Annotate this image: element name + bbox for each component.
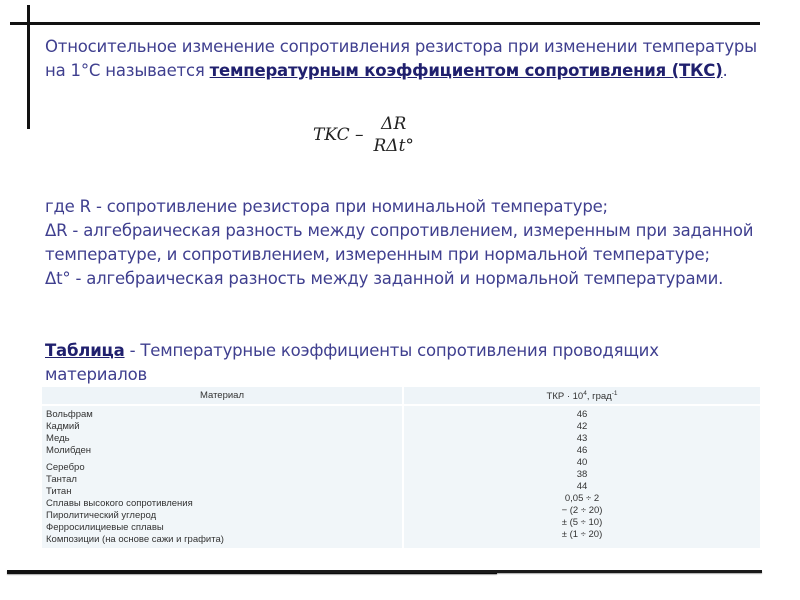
bottom-rule-line-right bbox=[300, 570, 762, 573]
definitions-paragraph: где R - сопротивление резистора при номи… bbox=[45, 195, 785, 291]
formula-denominator: RΔt° bbox=[370, 135, 418, 157]
table-cell-tkr: 40 bbox=[408, 457, 756, 469]
table-cell-material: Вольфрам bbox=[46, 409, 398, 421]
table-caption-text: - Температурные коэффициенты сопротивлен… bbox=[45, 341, 659, 384]
table-cell-material: Ферросилициевые сплавы bbox=[46, 522, 398, 534]
table-cell-material: Молибден bbox=[46, 445, 398, 457]
intro-period: . bbox=[723, 61, 728, 80]
table-cell-tkr: 38 bbox=[408, 469, 756, 481]
table-cell-material: Кадмий bbox=[46, 421, 398, 433]
formula-lhs: TKC – bbox=[313, 125, 364, 145]
table-cell-tkr: 46 bbox=[408, 409, 756, 421]
table-caption-label[interactable]: Таблица bbox=[45, 341, 125, 360]
table-cell-tkr: 46 bbox=[408, 445, 756, 457]
table-cell-tkr: ± (5 ÷ 10) bbox=[408, 517, 756, 529]
table-cell-tkr: ± (1 ÷ 20) bbox=[408, 529, 756, 541]
tkr-table: Материал ТКР · 104, град-1 Вольфрам Кадм… bbox=[40, 385, 762, 550]
table-cell-material: Композиции (на основе сажи и графита) bbox=[46, 534, 398, 546]
tks-term-link[interactable]: температурным коэффициентом сопротивлени… bbox=[210, 61, 723, 80]
table-body-row: Вольфрам Кадмий Медь Молибден Серебро Та… bbox=[42, 406, 760, 548]
header-material: Материал bbox=[42, 387, 402, 404]
table-cell-material: Серебро bbox=[46, 462, 398, 474]
formula-numerator: ΔR bbox=[377, 113, 410, 135]
material-column: Вольфрам Кадмий Медь Молибден Серебро Та… bbox=[42, 406, 402, 548]
table-cell-tkr: 43 bbox=[408, 433, 756, 445]
table-header-row: Материал ТКР · 104, град-1 bbox=[42, 387, 760, 404]
table-caption: Таблица - Температурные коэффициенты соп… bbox=[45, 339, 765, 387]
table-cell-material: Тантал bbox=[46, 474, 398, 486]
definition-r: где R - сопротивление резистора при номи… bbox=[45, 195, 785, 219]
tkr-column: 46 42 43 46 40 38 44 0,05 ÷ 2 − (2 ÷ 20)… bbox=[404, 406, 760, 548]
formula-fraction: ΔR RΔt° bbox=[370, 113, 418, 157]
table-cell-tkr: 44 bbox=[408, 481, 756, 493]
left-rule-line bbox=[27, 5, 30, 129]
top-rule-line bbox=[10, 22, 760, 25]
table-cell-material: Пиролитический углерод bbox=[46, 510, 398, 522]
table-cell-tkr: 0,05 ÷ 2 bbox=[408, 493, 756, 505]
table-cell-material: Сплавы высокого сопротивления bbox=[46, 498, 398, 510]
tks-formula: TKC – ΔR RΔt° bbox=[313, 113, 418, 157]
table-cell-material: Медь bbox=[46, 433, 398, 445]
table-cell-tkr: − (2 ÷ 20) bbox=[408, 505, 756, 517]
definition-delta-t: Δt° - алгебраическая разность между зада… bbox=[45, 267, 785, 291]
table-cell-material: Титан bbox=[46, 486, 398, 498]
header-tkr: ТКР · 104, град-1 bbox=[404, 387, 760, 404]
definition-delta-r: ΔR - алгебраическая разность между сопро… bbox=[45, 219, 785, 267]
intro-paragraph: Относительное изменение сопротивления ре… bbox=[45, 35, 765, 83]
table-cell-tkr: 42 bbox=[408, 421, 756, 433]
